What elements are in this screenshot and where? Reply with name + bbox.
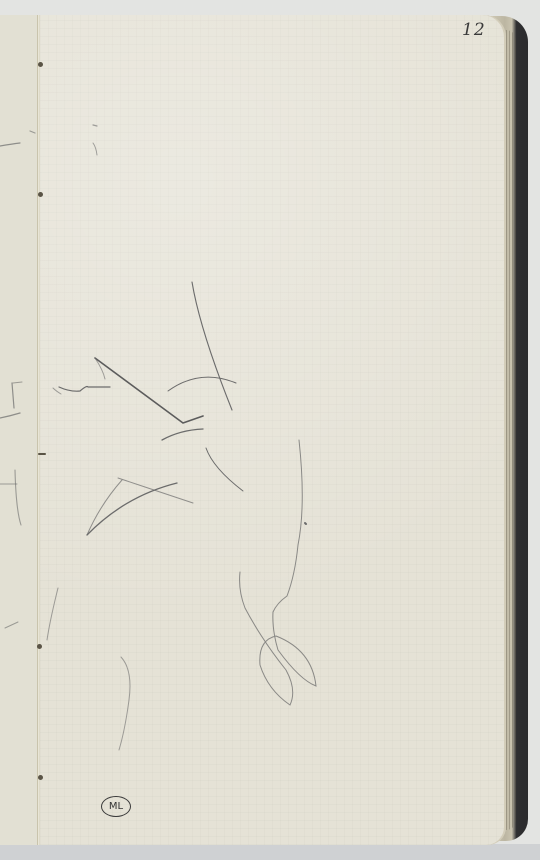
pencil-sketch: [0, 0, 540, 860]
collection-stamp: ML: [101, 796, 131, 817]
sketchbook-scan: 12 ML: [0, 0, 540, 860]
page-number: 12: [462, 20, 486, 40]
